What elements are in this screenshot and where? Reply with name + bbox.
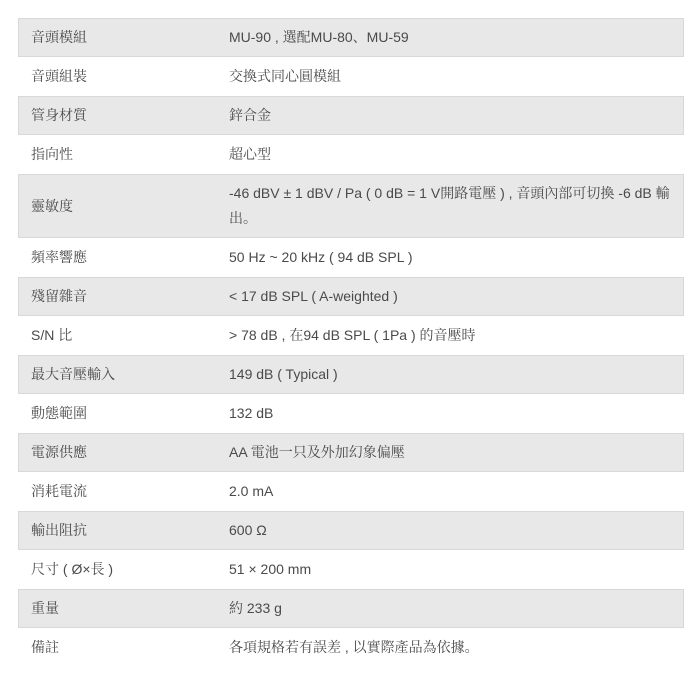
spec-value: 鋅合金	[229, 97, 683, 134]
spec-table: 音頭模組 MU-90 , 選配MU-80、MU-59 音頭組裝 交換式同心圓模組…	[18, 18, 684, 667]
spec-label: 電源供應	[19, 434, 229, 471]
spec-row-residual-noise: 殘留雜音 < 17 dB SPL ( A-weighted )	[18, 277, 684, 316]
spec-label: 最大音壓輸入	[19, 356, 229, 393]
spec-value: 約 233 g	[229, 590, 683, 627]
spec-value: 交換式同心圓模組	[229, 58, 683, 95]
spec-label: 音頭組裝	[19, 58, 229, 95]
spec-row-max-spl: 最大音壓輸入 149 dB ( Typical )	[18, 355, 684, 394]
spec-value: 2.0 mA	[229, 473, 683, 510]
spec-row-sensitivity: 靈敏度 -46 dBV ± 1 dBV / Pa ( 0 dB = 1 V開路電…	[18, 174, 684, 238]
spec-value: 各項規格若有誤差 , 以實際產品為依據。	[229, 629, 683, 666]
spec-value: > 78 dB , 在94 dB SPL ( 1Pa ) 的音壓時	[229, 317, 683, 354]
spec-label: 動態範圍	[19, 395, 229, 432]
spec-label: 重量	[19, 590, 229, 627]
spec-label: 管身材質	[19, 97, 229, 134]
spec-label: 頻率響應	[19, 239, 229, 276]
spec-label: 消耗電流	[19, 473, 229, 510]
spec-label: 輸出阻抗	[19, 512, 229, 549]
spec-row-body-material: 管身材質 鋅合金	[18, 96, 684, 135]
spec-row-weight: 重量 約 233 g	[18, 589, 684, 628]
spec-value: -46 dBV ± 1 dBV / Pa ( 0 dB = 1 V開路電壓 ) …	[229, 175, 683, 237]
spec-label: 靈敏度	[19, 188, 229, 225]
spec-value: 149 dB ( Typical )	[229, 356, 683, 393]
spec-row-mic-assembly: 音頭組裝 交換式同心圓模組	[18, 57, 684, 96]
spec-row-polar-pattern: 指向性 超心型	[18, 135, 684, 174]
spec-label: 尺寸 ( Ø×長 )	[19, 551, 229, 588]
spec-value: 132 dB	[229, 395, 683, 432]
spec-label: S/N 比	[19, 317, 229, 354]
spec-value: 51 × 200 mm	[229, 551, 683, 588]
spec-value: MU-90 , 選配MU-80、MU-59	[229, 19, 683, 56]
spec-row-current-consumption: 消耗電流 2.0 mA	[18, 472, 684, 511]
spec-row-power-supply: 電源供應 AA 電池一只及外加幻象偏壓	[18, 433, 684, 472]
spec-value: AA 電池一只及外加幻象偏壓	[229, 434, 683, 471]
spec-label: 音頭模組	[19, 19, 229, 56]
spec-row-output-impedance: 輸出阻抗 600 Ω	[18, 511, 684, 550]
spec-row-remarks: 備註 各項規格若有誤差 , 以實際產品為依據。	[18, 628, 684, 667]
spec-row-dynamic-range: 動態範圍 132 dB	[18, 394, 684, 433]
spec-row-mic-module: 音頭模組 MU-90 , 選配MU-80、MU-59	[18, 18, 684, 57]
spec-value: 超心型	[229, 136, 683, 173]
spec-label: 指向性	[19, 136, 229, 173]
spec-value: < 17 dB SPL ( A-weighted )	[229, 278, 683, 315]
spec-row-sn-ratio: S/N 比 > 78 dB , 在94 dB SPL ( 1Pa ) 的音壓時	[18, 316, 684, 355]
spec-row-frequency-response: 頻率響應 50 Hz ~ 20 kHz ( 94 dB SPL )	[18, 238, 684, 277]
spec-row-dimensions: 尺寸 ( Ø×長 ) 51 × 200 mm	[18, 550, 684, 589]
spec-value: 50 Hz ~ 20 kHz ( 94 dB SPL )	[229, 239, 683, 276]
spec-label: 備註	[19, 629, 229, 666]
spec-label: 殘留雜音	[19, 278, 229, 315]
spec-value: 600 Ω	[229, 512, 683, 549]
